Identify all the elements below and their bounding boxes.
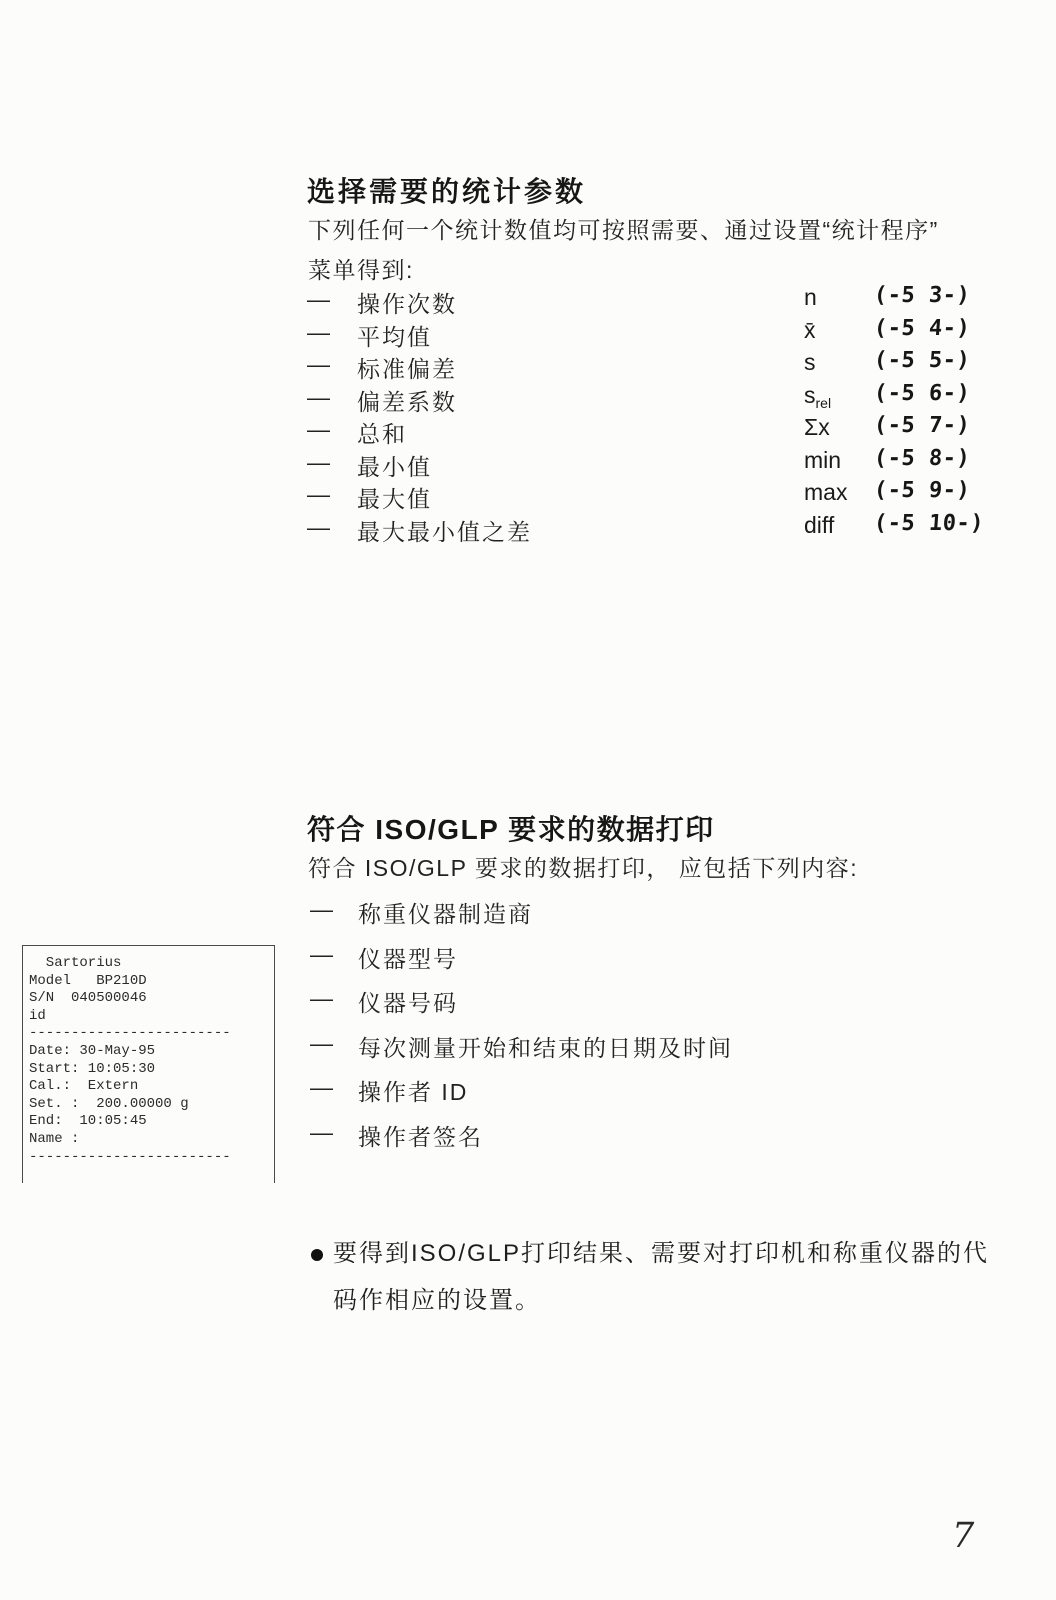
stats-item-count: — 操作次数 n (-5 3-) — [307, 286, 967, 319]
printout-line: Set. : 200.00000 g — [29, 1096, 274, 1114]
stats-item-mean: — 平均值 x̄ (-5 4-) — [307, 319, 967, 352]
stats-intro-line2: 菜单得到: — [308, 257, 414, 283]
dash-bullet: — — [310, 1074, 333, 1101]
printout-line: S/N 040500046 — [29, 990, 274, 1008]
stats-item-diff: — 最大最小值之差 diff (-5 10-) — [307, 514, 967, 547]
iso-item-manufacturer: — 称重仪器制造商 — [310, 896, 990, 941]
dash-bullet: — — [307, 384, 330, 411]
dash-bullet: — — [310, 941, 333, 968]
printout-line: End: 10:05:45 — [29, 1113, 274, 1131]
iso-item-label: 操作者 ID — [358, 1074, 468, 1107]
manual-page: 选择需要的统计参数 下列任何一个统计数值均可按照需要、通过设置“统计程序”菜单得… — [0, 0, 1056, 1600]
printout-line: id — [29, 1008, 274, 1026]
printout-line: Cal.: Extern — [29, 1078, 274, 1096]
stats-item-code: (-5 7-) — [873, 413, 971, 438]
dash-bullet: — — [307, 286, 330, 313]
stats-item-label: 平均值 — [357, 319, 432, 352]
dash-bullet: — — [310, 1119, 333, 1146]
note-text: 要得到ISO/GLP打印结果、需要对打印机和称重仪器的代码作相应的设置。 — [333, 1230, 1001, 1324]
printout-line: Start: 10:05:30 — [29, 1061, 274, 1079]
printout-line: Name : — [29, 1131, 274, 1149]
dash-bullet: — — [310, 1030, 333, 1057]
stats-item-label: 标准偏差 — [357, 351, 457, 384]
dash-bullet: — — [307, 514, 330, 541]
iso-item-label: 每次测量开始和结束的日期及时间 — [358, 1030, 733, 1063]
dash-bullet: — — [310, 896, 333, 923]
dash-bullet: — — [310, 985, 333, 1012]
stats-list: — 操作次数 n (-5 3-) — 平均值 x̄ (-5 4-) — 标准偏差… — [307, 286, 967, 546]
stats-item-code: (-5 8-) — [873, 446, 971, 471]
stats-item-symbol: Σx — [804, 414, 830, 443]
iso-list: — 称重仪器制造商 — 仪器型号 — 仪器号码 — 每次测量开始和结束的日期及时… — [310, 896, 990, 1163]
stats-item-code: (-5 6-) — [873, 381, 971, 406]
stats-section-heading: 选择需要的统计参数 — [307, 170, 586, 210]
stats-item-sum: — 总和 Σx (-5 7-) — [307, 416, 967, 449]
stats-item-min: — 最小值 min (-5 8-) — [307, 449, 967, 482]
stats-intro: 下列任何一个统计数值均可按照需要、通过设置“统计程序”菜单得到: — [308, 210, 988, 290]
bullet-dot-icon — [311, 1249, 323, 1261]
stats-item-label: 操作次数 — [357, 286, 457, 319]
iso-item-datetime: — 每次测量开始和结束的日期及时间 — [310, 1030, 990, 1075]
dash-bullet: — — [307, 319, 330, 346]
iso-item-serial: — 仪器号码 — [310, 985, 990, 1030]
iso-section-heading: 符合 ISO/GLP 要求的数据打印 — [307, 808, 715, 848]
iso-intro: 符合 ISO/GLP 要求的数据打印， 应包括下列内容: — [308, 850, 1008, 883]
stats-item-symbol: max — [804, 479, 847, 508]
sample-printout: Sartorius Model BP210D S/N 040500046 id … — [22, 945, 275, 1183]
stats-item-symbol: diff — [804, 512, 834, 541]
stats-item-symbol: x̄ — [804, 317, 816, 346]
iso-item-operator-id: — 操作者 ID — [310, 1074, 990, 1119]
dash-bullet: — — [307, 351, 330, 378]
stats-item-symbol: srel — [804, 382, 831, 411]
stats-item-label: 最大值 — [357, 481, 432, 514]
stats-item-code: (-5 4-) — [873, 316, 971, 341]
dash-bullet: — — [307, 416, 330, 443]
stats-item-stddev: — 标准偏差 s (-5 5-) — [307, 351, 967, 384]
iso-item-signature: — 操作者签名 — [310, 1119, 990, 1164]
iso-item-label: 仪器型号 — [358, 941, 458, 974]
stats-item-label: 总和 — [357, 416, 407, 449]
printout-line: Date: 30-May-95 — [29, 1043, 274, 1061]
stats-item-label: 最大最小值之差 — [357, 514, 532, 547]
stats-item-max: — 最大值 max (-5 9-) — [307, 481, 967, 514]
iso-item-label: 操作者签名 — [358, 1119, 483, 1152]
printout-divider: ------------------------ — [29, 1025, 274, 1043]
stats-item-code: (-5 5-) — [873, 348, 971, 373]
iso-item-label: 仪器号码 — [358, 985, 458, 1018]
iso-item-model: — 仪器型号 — [310, 941, 990, 986]
stats-item-symbol: min — [804, 447, 841, 476]
printout-line: Sartorius — [29, 955, 274, 973]
printout-divider: ------------------------ — [29, 1149, 274, 1167]
dash-bullet: — — [307, 449, 330, 476]
stats-item-code: (-5 10-) — [873, 511, 985, 536]
stats-item-variation: — 偏差系数 srel (-5 6-) — [307, 384, 967, 417]
stats-item-label: 偏差系数 — [357, 384, 457, 417]
dash-bullet: — — [307, 481, 330, 508]
stats-intro-line1: 下列任何一个统计数值均可按照需要、通过设置“统计程序” — [308, 217, 939, 243]
stats-item-label: 最小值 — [357, 449, 432, 482]
page-number: 7 — [952, 1516, 974, 1556]
stats-item-code: (-5 9-) — [873, 478, 971, 503]
stats-item-symbol: n — [804, 284, 817, 313]
printout-line: Model BP210D — [29, 973, 274, 991]
stats-item-code: (-5 3-) — [873, 283, 971, 308]
iso-item-label: 称重仪器制造商 — [358, 896, 533, 929]
stats-item-symbol: s — [804, 349, 816, 378]
